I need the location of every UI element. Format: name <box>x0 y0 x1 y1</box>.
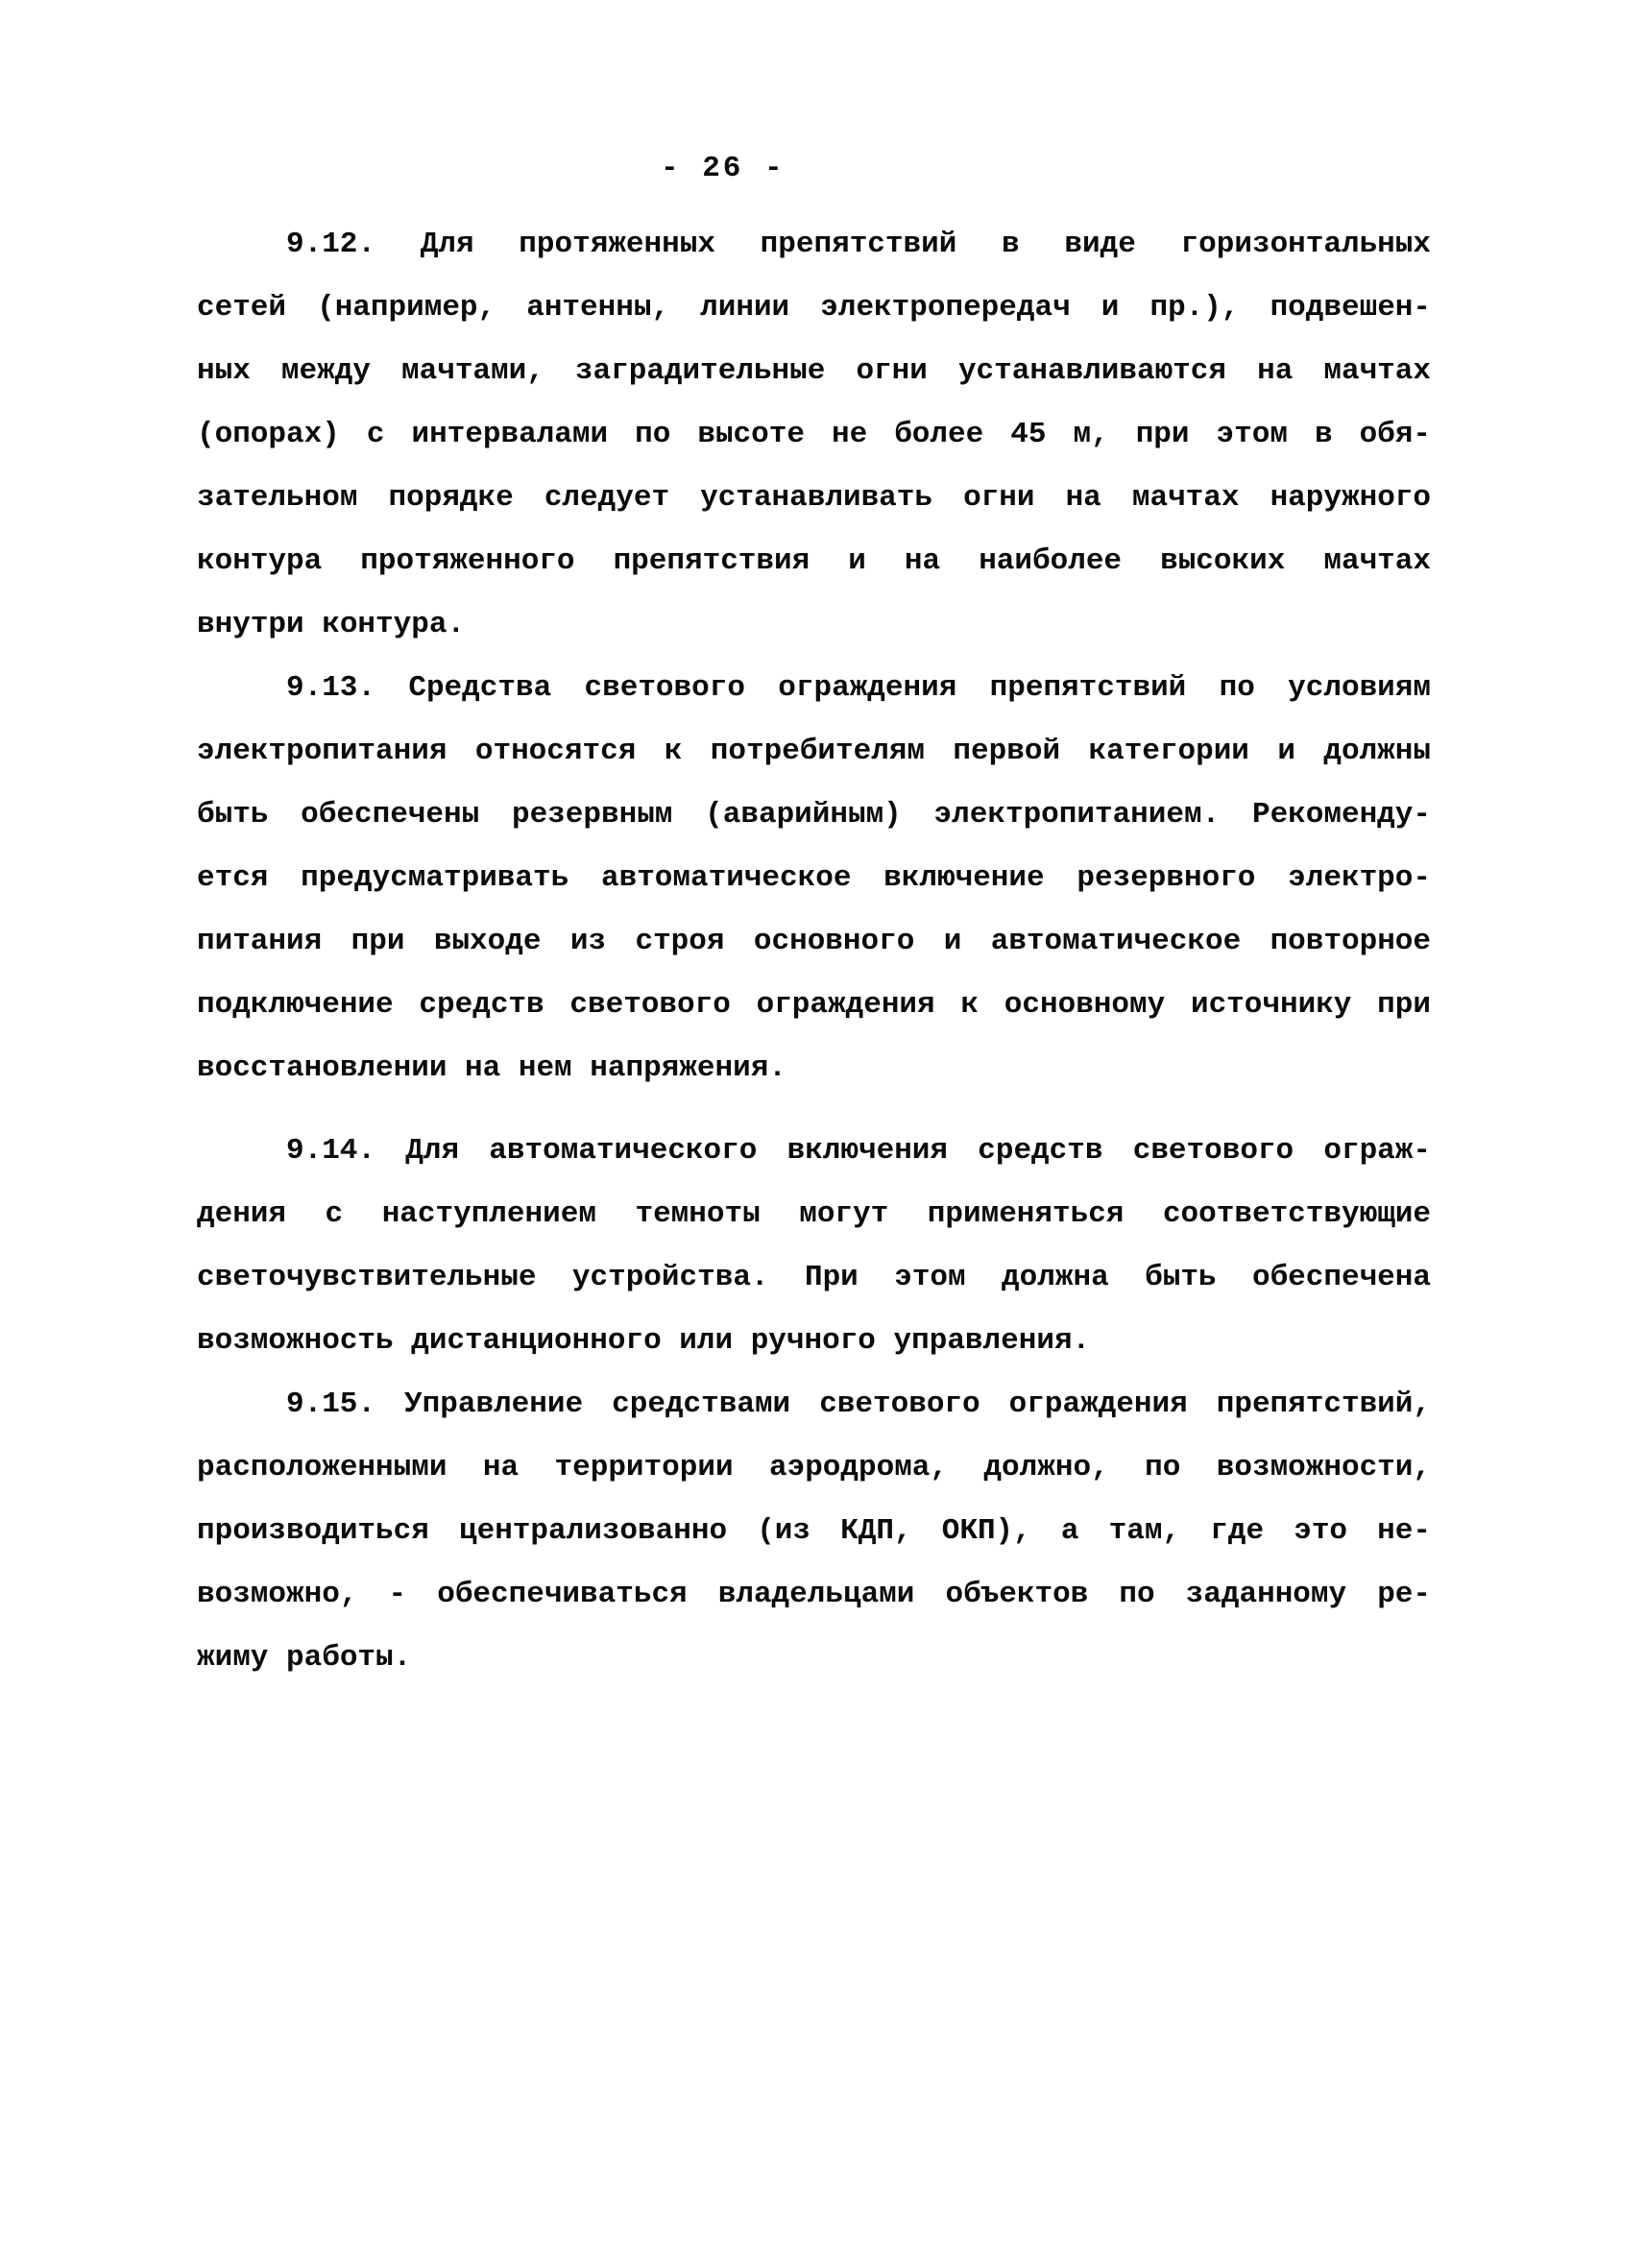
text-line: 9.12. Для протяженных препятствий в виде… <box>197 213 1431 277</box>
text-line: ных между мачтами, заградительные огни у… <box>197 340 1431 403</box>
text-line: 9.13. Средства светового ограждения преп… <box>197 657 1431 720</box>
text-line: 9.14. Для автоматического включения сред… <box>197 1120 1431 1183</box>
text-line: подключение средств светового ограждения… <box>197 974 1431 1037</box>
text-line: возможность дистанционного или ручного у… <box>197 1310 1431 1373</box>
text-line: (опорах) с интервалами по высоте не боле… <box>197 403 1431 467</box>
text-line: расположенными на территории аэродрома, … <box>197 1436 1431 1500</box>
paragraph-9.15: 9.15. Управление средствами светового ог… <box>197 1373 1431 1690</box>
text-line: зательном порядке следует устанавливать … <box>197 467 1431 530</box>
text-line: сетей (например, антенны, линии электроп… <box>197 277 1431 340</box>
paragraph-9.12: 9.12. Для протяженных препятствий в виде… <box>197 213 1431 657</box>
text-line: контура протяженного препятствия и на на… <box>197 530 1431 593</box>
scanned-document-page: - 26 - 9.12. Для протяженных препятствий… <box>0 0 1645 2268</box>
text-line: производиться централизованно (из КДП, О… <box>197 1500 1431 1563</box>
text-line: 9.15. Управление средствами светового ог… <box>197 1373 1431 1436</box>
text-line: ется предусматривать автоматическое вклю… <box>197 847 1431 910</box>
text-line: электропитания относятся к потребителям … <box>197 720 1431 784</box>
paragraph-9.14: 9.14. Для автоматического включения сред… <box>197 1120 1431 1373</box>
text-line: светочувствительные устройства. При этом… <box>197 1246 1431 1310</box>
text-line: питания при выходе из строя основного и … <box>197 910 1431 974</box>
text-line: жиму работы. <box>197 1627 1431 1690</box>
page-number: - 26 - <box>661 152 786 185</box>
paragraph-9.13: 9.13. Средства светового ограждения преп… <box>197 657 1431 1100</box>
text-line: дения с наступлением темноты могут приме… <box>197 1183 1431 1246</box>
text-line: быть обеспечены резервным (аварийным) эл… <box>197 784 1431 847</box>
text-line: возможно, - обеспечиваться владельцами о… <box>197 1563 1431 1627</box>
document-body: 9.12. Для протяженных препятствий в виде… <box>197 213 1431 1690</box>
text-line: восстановлении на нем напряжения. <box>197 1037 1431 1100</box>
text-line: внутри контура. <box>197 593 1431 657</box>
